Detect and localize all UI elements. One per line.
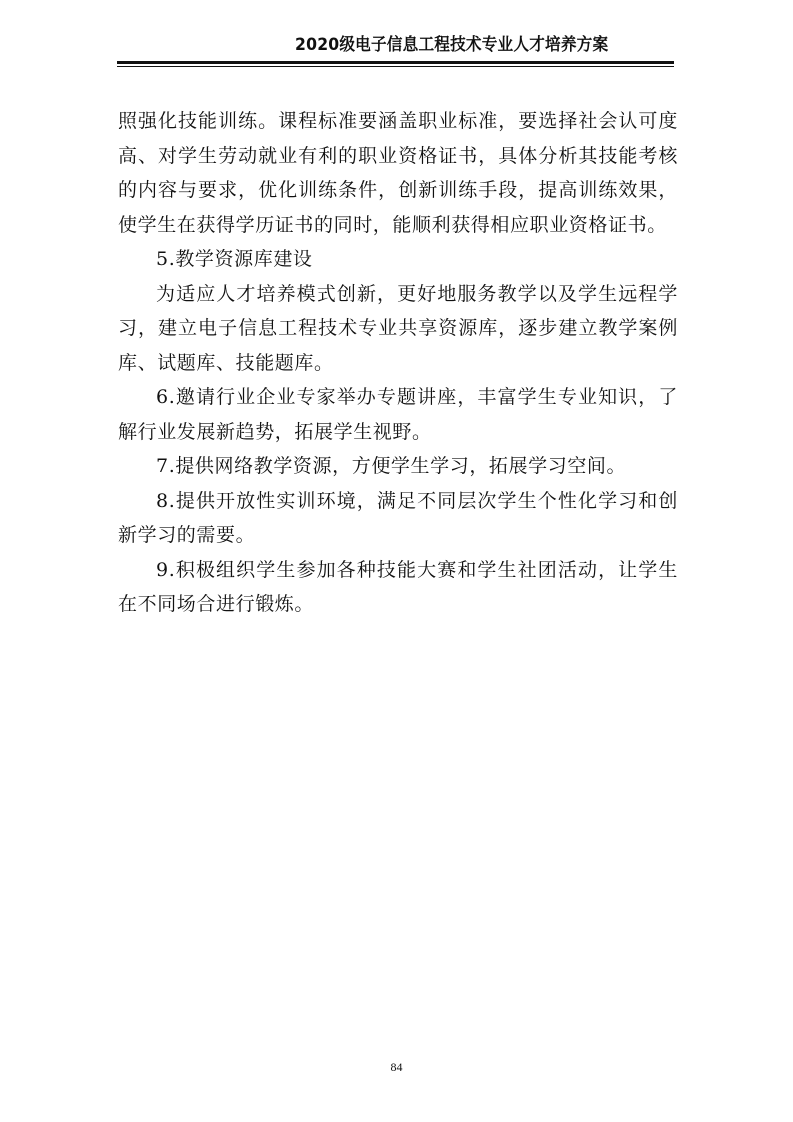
- paragraph-continuation: 照强化技能训练。课程标准要涵盖职业标准，要选择社会认可度高、对学生劳动就业有利的…: [118, 104, 678, 242]
- page-number: 84: [0, 1060, 793, 1075]
- paragraph-resource-library: 为适应人才培养模式创新，更好地服务教学以及学生远程学习，建立电子信息工程技术专业…: [118, 277, 678, 381]
- document-body: 照强化技能训练。课程标准要涵盖职业标准，要选择社会认可度高、对学生劳动就业有利的…: [118, 104, 678, 622]
- header-rule-thick: [117, 61, 674, 64]
- list-item-8: 8.提供开放性实训环境，满足不同层次学生个性化学习和创新学习的需要。: [118, 484, 678, 553]
- list-item-9: 9.积极组织学生参加各种技能大赛和学生社团活动，让学生在不同场合进行锻炼。: [118, 553, 678, 622]
- header-title: 2020级电子信息工程技术专业人才培养方案: [32, 30, 762, 55]
- header-rule-thin: [117, 66, 674, 67]
- list-item-6: 6.邀请行业企业专家举办专题讲座，丰富学生专业知识，了解行业发展新趋势，拓展学生…: [118, 380, 678, 449]
- section-heading-resource-library: 5.教学资源库建设: [118, 242, 678, 277]
- list-item-7: 7.提供网络教学资源，方便学生学习，拓展学习空间。: [118, 449, 678, 484]
